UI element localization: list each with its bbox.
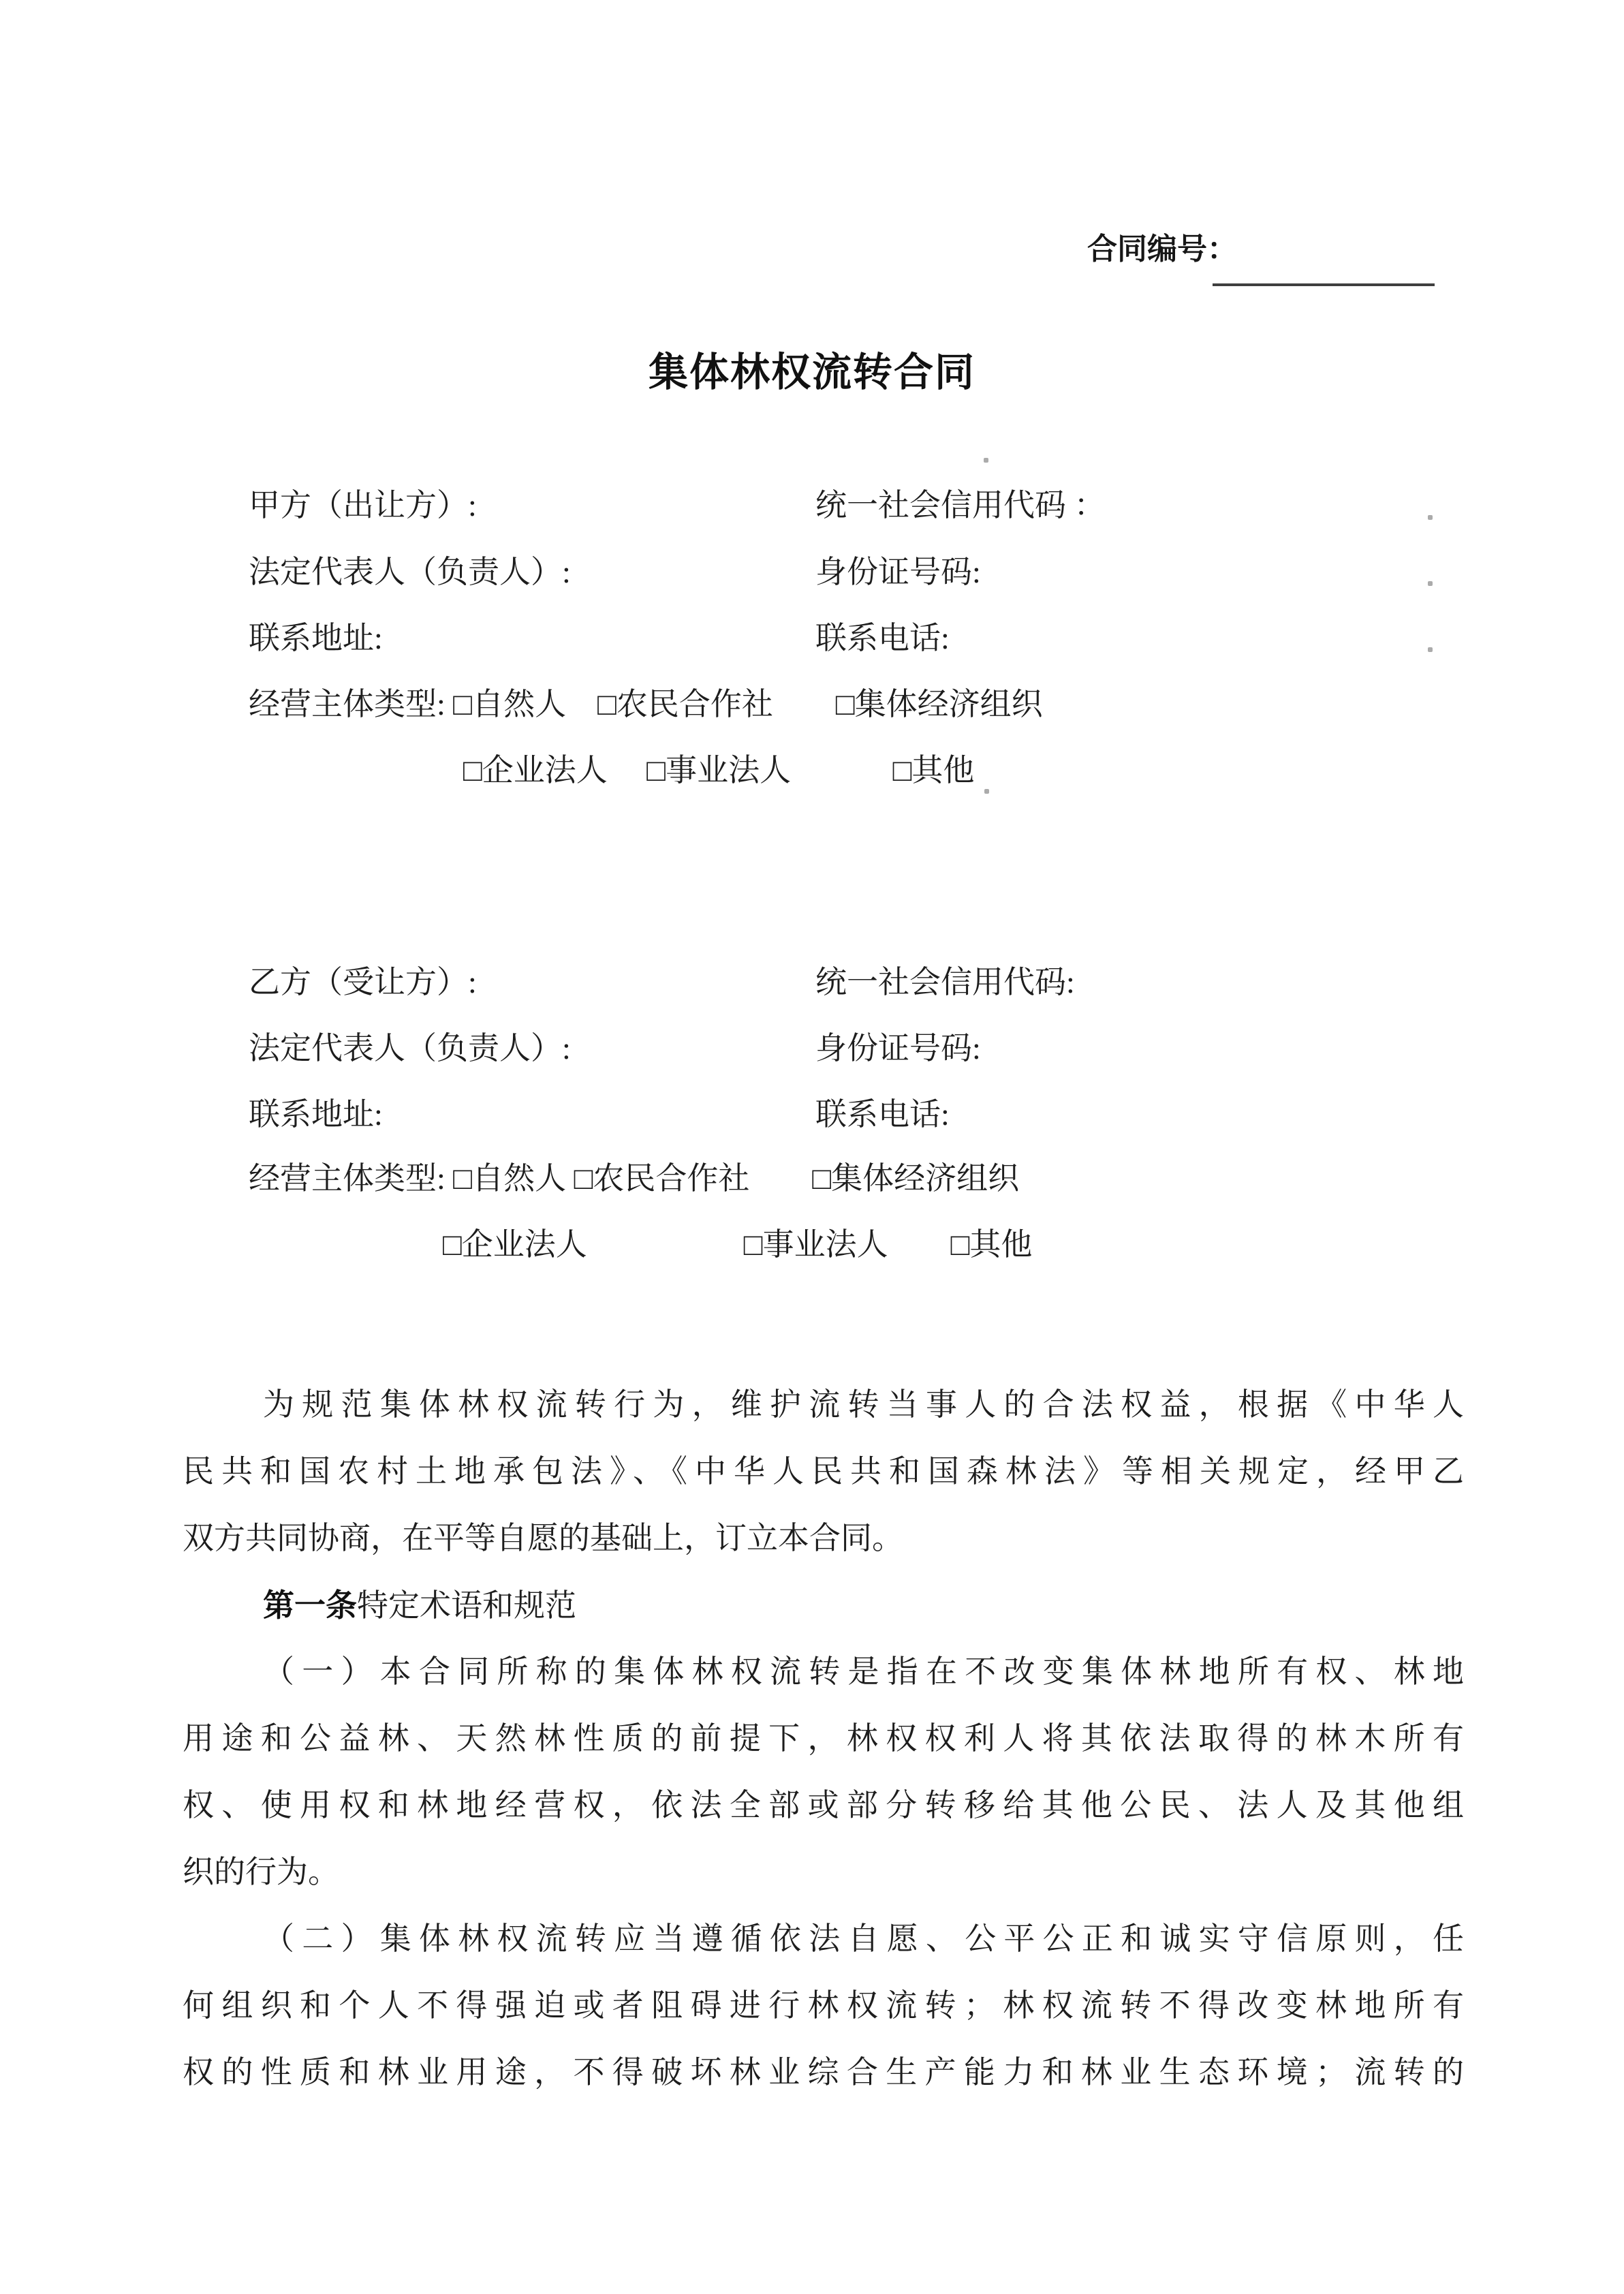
party-a-name-label: 甲方（出让方）: xyxy=(249,485,477,526)
scan-artifact-dot xyxy=(984,458,988,463)
party-a-phone-label: 联系电话: xyxy=(815,618,950,659)
intro-line: 双方共同协商，在平等自愿的基础上，订立本合同。 xyxy=(183,1518,1464,1559)
article-1-number: 第一条 xyxy=(263,1587,357,1623)
contract-document-page: 合同编号： 集体林权流转合同 甲方（出让方）: 统一社会信用代码 ： 法定代表人… xyxy=(0,0,1624,2294)
intro-line: 民共和国农村土地承包法》、《中华人民共和国森林法》等相关规定，经甲乙 xyxy=(183,1451,1464,1492)
party-a-entity-type-row2: □企业法人 □事业法人 □其他 xyxy=(463,750,974,791)
party-a-address-label: 联系地址: xyxy=(249,618,383,659)
party-a-credit-code-label: 统一社会信用代码 ： xyxy=(815,485,1106,526)
party-a-id-number-label: 身份证号码: xyxy=(815,552,981,593)
party-b-entity-type-row: 经营主体类型: □自然人 □农民合作社 □集体经济组织 xyxy=(249,1158,1019,1199)
clause-1-line: （一）本合同所称的集体林权流转是指在不改变集体林地所有权、林地 xyxy=(183,1652,1464,1692)
clause-1-line: 织的行为。 xyxy=(183,1852,1464,1893)
document-title: 集体林权流转合同 xyxy=(0,349,1624,397)
article-1-title: 特定术语和规范 xyxy=(357,1588,576,1623)
contract-number-blank xyxy=(1213,240,1435,286)
clause-1-line: 权、使用权和林地经营权，依法全部或部分转移给其他公民、法人及其他组 xyxy=(183,1785,1464,1826)
scan-artifact-dot xyxy=(1428,581,1433,586)
party-a-entity-type-row: 经营主体类型: □自然人 □农民合作社 □集体经济组织 xyxy=(249,684,1043,725)
party-b-phone-label: 联系电话: xyxy=(815,1094,950,1135)
party-b-entity-type-row2: □企业法人 □事业法人 □其他 xyxy=(443,1224,1032,1265)
party-b-address-label: 联系地址: xyxy=(249,1094,383,1135)
party-b-id-number-label: 身份证号码: xyxy=(815,1028,981,1069)
clause-1-line: 用途和公益林、天然林性质的前提下，林权权利人将其依法取得的林木所有 xyxy=(183,1718,1464,1759)
clause-2-line: 权的性质和林业用途，不得破坏林业综合生产能力和林业生态环境；流转的 xyxy=(183,2052,1464,2093)
clause-2-line: （二）集体林权流转应当遵循依法自愿、公平公正和诚实守信原则，任 xyxy=(183,1919,1464,1959)
scan-artifact-dot xyxy=(1428,647,1433,652)
party-a-legal-rep-label: 法定代表人（负责人）: xyxy=(249,552,571,593)
article-1-heading: 第一条特定术语和规范 xyxy=(183,1585,1464,1626)
party-b-credit-code-label: 统一社会信用代码: xyxy=(815,962,1075,1003)
scan-artifact-dot xyxy=(984,789,989,794)
party-b-name-label: 乙方（受让方）: xyxy=(249,962,477,1003)
intro-line: 为规范集体林权流转行为，维护流转当事人的合法权益，根据《中华人 xyxy=(183,1384,1464,1425)
party-b-legal-rep-label: 法定代表人（负责人）: xyxy=(249,1028,571,1069)
scan-artifact-dot xyxy=(1428,515,1433,520)
clause-2-line: 何组织和个人不得强迫或者阻碍进行林权流转；林权流转不得改变林地所有 xyxy=(183,1985,1464,2026)
